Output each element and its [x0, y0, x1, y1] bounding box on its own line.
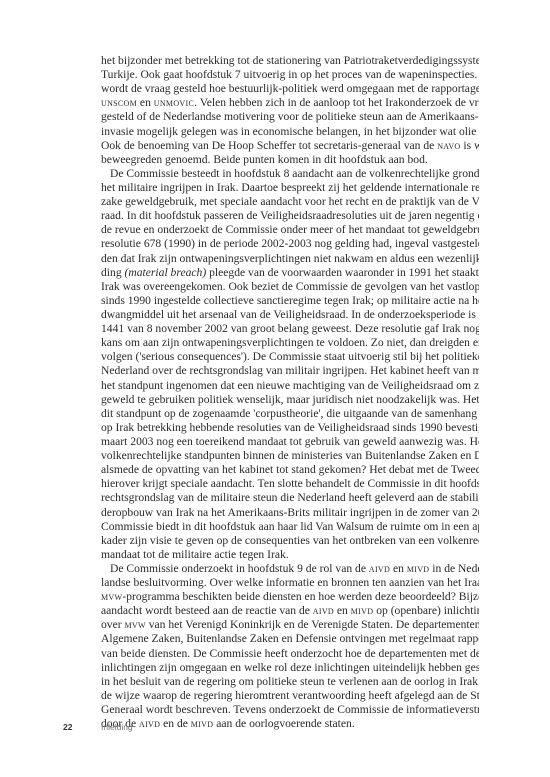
paragraph: De Commissie onderzoekt in hoofdstuk 9 d…: [101, 562, 479, 731]
text-line: geweld te gebruiken politiek wenselijk, …: [101, 393, 479, 407]
text-line: dwangmiddel uit het arsenaal van de Veil…: [101, 308, 479, 322]
text-line: mandaat tot de militaire actie tegen Ira…: [101, 548, 479, 562]
text-line: op Irak betrekking hebbende resoluties v…: [101, 421, 479, 435]
text-line: De Commissie besteedt in hoofdstuk 8 aan…: [101, 167, 479, 181]
text-line: Turkije. Ook gaat hoofdstuk 7 uitvoerig …: [101, 68, 479, 82]
text-line: den dat Irak zijn ontwapeningsverplichti…: [101, 252, 479, 266]
text-line: Generaal wordt beschreven. Tevens onderz…: [101, 703, 479, 717]
text-line: kader zijn visie te geven op de conseque…: [101, 534, 479, 548]
text-line: het standpunt ingenomen dat een nieuwe m…: [101, 379, 479, 393]
text-line: 1441 van 8 november 2002 van groot belan…: [101, 322, 479, 336]
text-line: het bijzonder met betrekking tot de stat…: [101, 54, 479, 68]
text-line: alsmede de opvatting van het kabinet tot…: [101, 463, 479, 477]
text-line: wordt de vraag gesteld hoe bestuurlijk-p…: [101, 82, 479, 96]
text-line: de wijze waarop de regering hieromtrent …: [101, 689, 479, 703]
text-line: Ook de benoeming van De Hoop Scheffer to…: [101, 139, 479, 153]
text-line: ding (material breach) pleegde van de vo…: [101, 266, 479, 280]
text-line: deropbouw van Irak na het Amerikaans-Bri…: [101, 506, 479, 520]
text-line: inlichtingen zijn omgegaan en welke rol …: [101, 661, 479, 675]
text-line: van beide diensten. De Commissie heeft o…: [101, 647, 479, 661]
text-line: de revue en onderzoekt de Commissie onde…: [101, 223, 479, 237]
text-line: sinds 1990 ingestelde collectieve sancti…: [101, 294, 479, 308]
body-text: het bijzonder met betrekking tot de stat…: [101, 54, 479, 731]
text-line: rechtsgrondslag van de militaire steun d…: [101, 491, 479, 505]
text-line: kans om aan zijn ontwapeningsverplichtin…: [101, 336, 479, 350]
text-line: landse besluitvorming. Over welke inform…: [101, 576, 479, 590]
running-title: Inleiding: [101, 722, 133, 732]
text-line: De Commissie onderzoekt in hoofdstuk 9 d…: [101, 562, 479, 576]
page-number: 22: [63, 722, 72, 732]
text-line: aandacht wordt besteed aan de reactie va…: [101, 604, 479, 618]
text-line: maart 2003 nog een toereikend mandaat to…: [101, 435, 479, 449]
text-line: volgen ('serious consequences'). De Comm…: [101, 350, 479, 364]
paragraph: het bijzonder met betrekking tot de stat…: [101, 54, 479, 167]
text-line: raad. In dit hoofdstuk passeren de Veili…: [101, 209, 479, 223]
text-line: Nederland over de rechtsgrondslag van mi…: [101, 364, 479, 378]
text-line: UNSCOM en UNMOVIC. Velen hebben zich in …: [101, 96, 479, 110]
text-line: gesteld of de Nederlandse motivering voo…: [101, 110, 479, 124]
text-line: over MVW van het Verenigd Koninkrijk en …: [101, 618, 479, 632]
document-page: het bijzonder met betrekking tot de stat…: [0, 0, 550, 777]
page-footer: 22 Inleiding: [0, 722, 550, 738]
text-line: beweegreden genoemd. Beide punten komen …: [101, 153, 479, 167]
text-line: MVW-programma beschikten beide diensten …: [101, 590, 479, 604]
text-line: hierover krijgt speciale aandacht. Ten s…: [101, 477, 479, 491]
text-line: zake geweldgebruik, met speciale aandach…: [101, 195, 479, 209]
text-line: invasie mogelijk gelegen was in economis…: [101, 125, 479, 139]
text-line: volkenrechtelijke standpunten binnen de …: [101, 449, 479, 463]
paragraph: De Commissie besteedt in hoofdstuk 8 aan…: [101, 167, 479, 562]
text-line: dit standpunt op de zogenaamde 'corpusth…: [101, 407, 479, 421]
text-line: in het besluit van de regering om politi…: [101, 675, 479, 689]
text-line: Irak was overeengekomen. Ook beziet de C…: [101, 280, 479, 294]
text-line: resolutie 678 (1990) in de periode 2002-…: [101, 237, 479, 251]
text-line: Algemene Zaken, Buitenlandse Zaken en De…: [101, 632, 479, 646]
text-line: het militaire ingrijpen in Irak. Daartoe…: [101, 181, 479, 195]
text-line: Commissie biedt in dit hoofdstuk aan haa…: [101, 520, 479, 534]
